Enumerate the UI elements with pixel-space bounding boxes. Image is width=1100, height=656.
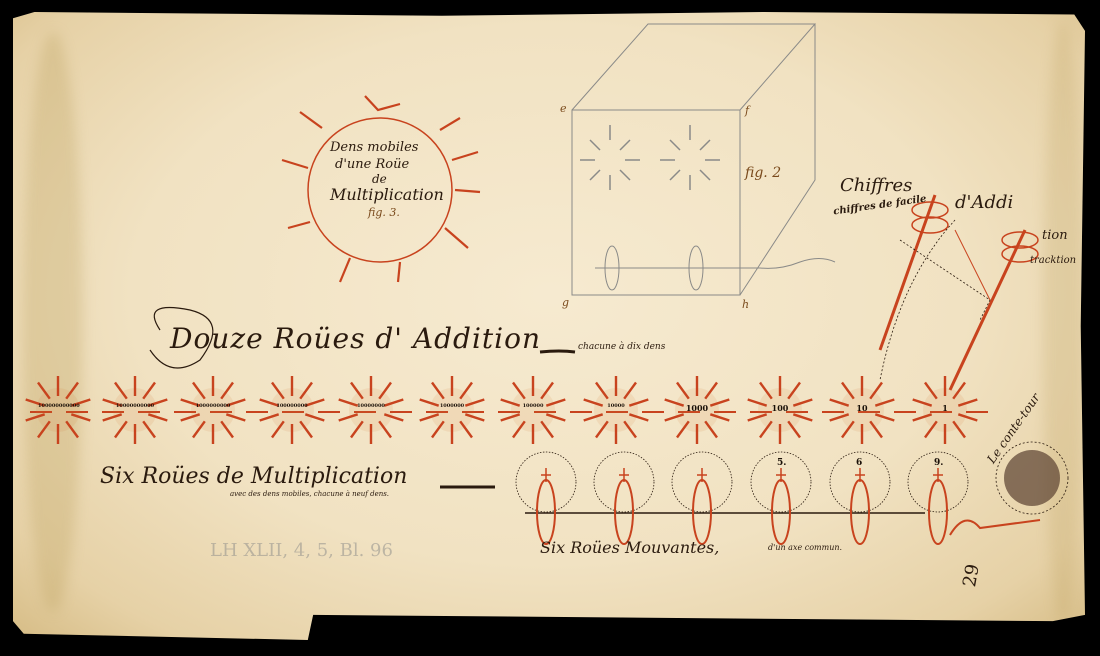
fig2-corner-e: e — [560, 102, 567, 115]
fig3-label-line3: de — [372, 172, 387, 186]
fig2-corner-h: h — [742, 298, 749, 311]
shelfmark: LH XLII, 4, 5, Bl. 96 — [210, 540, 393, 561]
fig3-label-line1: Dens mobiles — [330, 140, 418, 155]
multiplication-subheading: avec des dens mobiles, chacune à neuf de… — [230, 490, 389, 498]
multiplication-wheel-mark: 9. — [934, 458, 943, 468]
fig2-figure-label: fig. 2 — [745, 165, 781, 181]
fig2-corner-g: g — [562, 296, 569, 309]
moving-subheading: d'un axe commun. — [768, 543, 842, 552]
daddi-label: d'Addi — [955, 192, 1013, 213]
fig2-corner-f: f — [745, 104, 749, 117]
multiplication-wheel-mark: 5. — [777, 458, 786, 468]
fig3-label-line4: Multiplication — [330, 185, 444, 204]
tracktion-label: tracktion — [1030, 255, 1076, 266]
fig3-figure-label: fig. 3. — [368, 206, 400, 219]
tion-label: tion — [1042, 228, 1068, 243]
page-number: 29 — [959, 562, 984, 588]
fig3-label-line2: d'une Roüe — [335, 157, 409, 172]
moving-heading: Six Roües Mouvantes, — [540, 538, 719, 557]
multiplication-wheel-mark: 6 — [856, 458, 862, 468]
multiplication-heading: Six Roües de Multiplication — [100, 464, 407, 489]
addition-heading: Douze Roües d' Addition — [170, 322, 541, 355]
addition-subheading: chacune à dix dens — [578, 342, 665, 352]
chiffres-label: Chiffres — [840, 175, 912, 196]
